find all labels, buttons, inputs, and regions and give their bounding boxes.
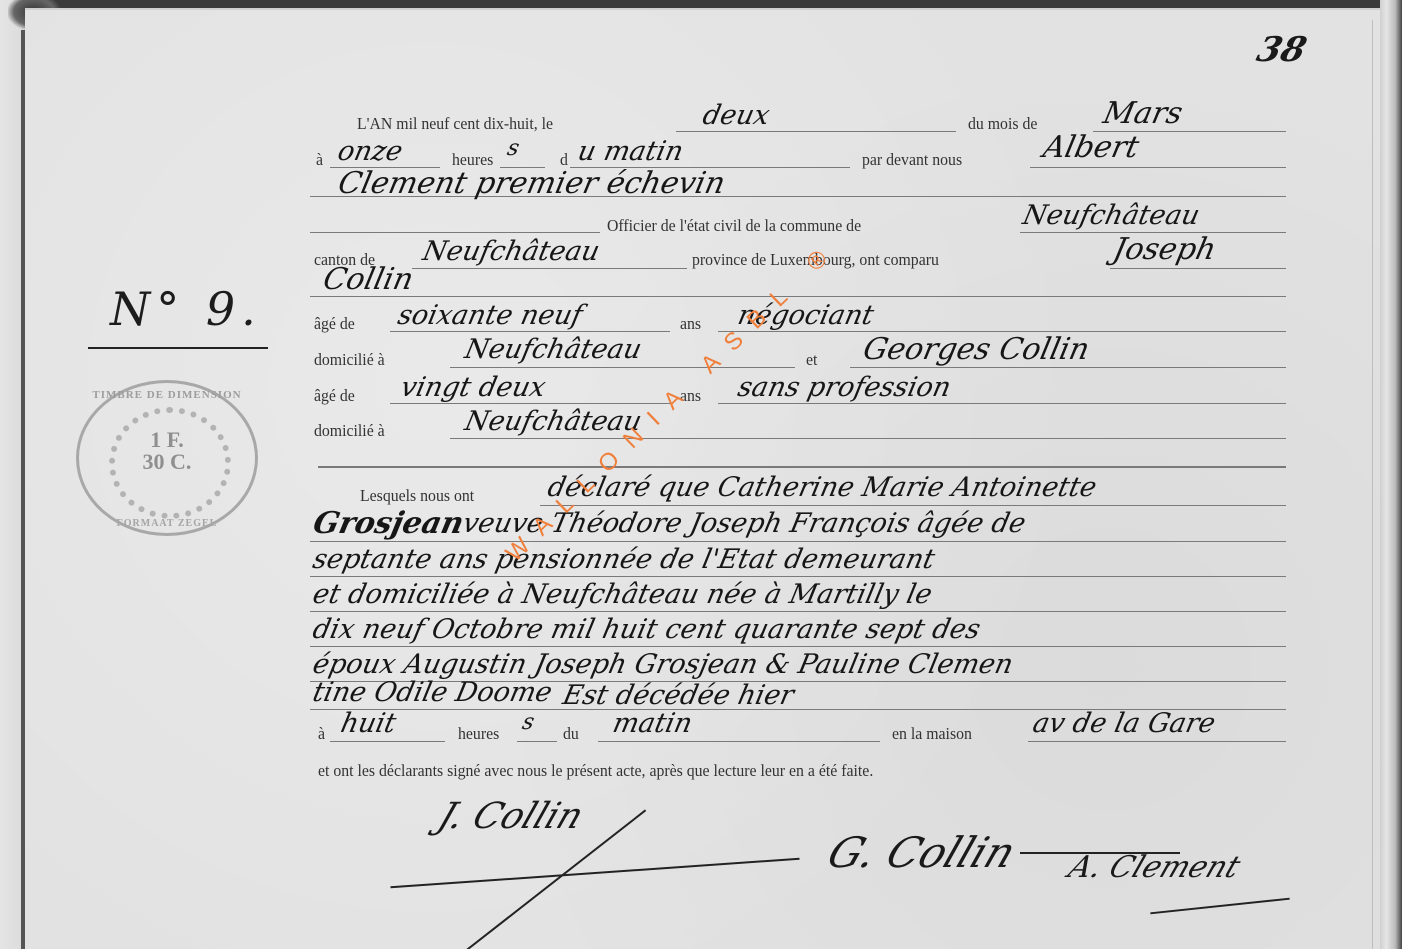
printed-month-label: du mois de [968, 114, 1037, 134]
hand-declarant2-name: Georges Collin [860, 332, 1093, 367]
hand-death-hour: huit [338, 708, 399, 739]
stamp-value-francs: 1 F. [79, 429, 255, 451]
hand-hour: onze [335, 136, 405, 167]
hand-officer-firstname: Albert [1040, 130, 1142, 165]
hand-deceased-birthplace: et domiciliée à Neufchâteau née à Martil… [310, 579, 935, 610]
blank-line [1028, 741, 1286, 742]
printed-closing-statement: et ont les déclarants signé avec nous le… [318, 761, 873, 781]
blank-line [310, 576, 1286, 577]
blank-line [390, 331, 670, 332]
blank-line [310, 646, 1286, 647]
margin-rule [1372, 20, 1373, 949]
hand-deceased-parents: époux Augustin Joseph Grosjean & Pauline… [310, 649, 1016, 680]
printed-domicile-label: domicilié à [314, 350, 385, 370]
hand-period: u matin [575, 136, 686, 167]
hand-declarant2-domicile: Neufchâteau [462, 406, 645, 437]
blank-line [1030, 167, 1286, 168]
printed-a: à [316, 150, 323, 170]
scan-top-edge [0, 0, 1402, 8]
printed-hours-label: heures [458, 724, 499, 744]
hand-deceased-age-status: septante ans pensionnée de l'Etat demeur… [310, 544, 938, 575]
hand-deceased-surname: Grosjean [310, 506, 467, 541]
blank-line [310, 232, 600, 233]
printed-year-text: L'AN mil neuf cent dix-huit, le [357, 114, 553, 134]
hand-officer-title: Clement premier échevin [335, 166, 728, 201]
hand-month: Mars [1100, 96, 1186, 131]
hand-death-period: matin [610, 708, 695, 739]
stamp-bottom-text: FORMAAT ZEGEL [79, 518, 255, 529]
blank-line [517, 741, 557, 742]
signature-g-collin: G. Collin [821, 828, 1022, 877]
blank-line [598, 741, 880, 742]
hand-declarant1-domicile: Neufchâteau [462, 334, 645, 365]
left-page-edge [0, 0, 22, 949]
blank-line [676, 131, 956, 132]
blank-line [330, 741, 445, 742]
stamp-value: 1 F. 30 C. [79, 429, 255, 473]
printed-house-label: en la maison [892, 724, 972, 744]
hand-death-statement: Est décédée hier [560, 680, 797, 711]
blank-line [1110, 268, 1286, 269]
section-divider [318, 466, 1286, 468]
hand-commune: Neufchâteau [1020, 200, 1203, 231]
hand-declarant2-occupation: sans profession [735, 372, 954, 403]
hand-deceased-birthdate: dix neuf Octobre mil huit cent quarante … [310, 614, 983, 645]
hand-declarant1-age: soixante neuf [395, 300, 585, 331]
stamp-top-text: TIMBRE DE DIMENSION [79, 389, 255, 401]
blank-line [390, 403, 670, 404]
signature-j-collin: J. Collin [433, 796, 589, 837]
printed-before-us: par devant nous [862, 150, 962, 170]
blank-line [718, 403, 1286, 404]
blank-line [310, 611, 1286, 612]
blank-line [310, 541, 1286, 542]
blank-line [850, 367, 1286, 368]
hand-canton: Neufchâteau [420, 236, 603, 267]
printed-age-label: âgé de [314, 314, 355, 334]
hand-declarant2-age: vingt deux [398, 372, 548, 403]
printed-domicile-label: domicilié à [314, 421, 385, 441]
printed-declared-label: Lesquels nous ont [360, 486, 474, 506]
record-number-underline [88, 347, 268, 349]
blank-line [540, 505, 1286, 506]
hand-declarant1-firstname: Joseph [1110, 232, 1219, 267]
printed-age-label: âgé de [314, 386, 355, 406]
hand-deceased-parents-cont: tine Odile Doome [310, 677, 555, 708]
signature-a-clement: A. Clement [1064, 850, 1245, 885]
printed-and: et [806, 350, 817, 370]
right-page-edge [1380, 0, 1402, 949]
hand-death-address: av de la Gare [1030, 708, 1218, 739]
blank-line [450, 367, 795, 368]
stamp-value-centimes: 30 C. [79, 451, 255, 473]
printed-a: à [318, 724, 325, 744]
printed-officer-label: Officier de l'état civil de la commune d… [607, 216, 861, 236]
tax-stamp: TIMBRE DE DIMENSION 1 F. 30 C. FORMAAT Z… [76, 380, 258, 536]
blank-line [450, 438, 1286, 439]
printed-du: du [563, 724, 579, 744]
hand-declarant1-surname: Collin [320, 262, 417, 297]
record-number: N° 9. [110, 282, 262, 336]
printed-years-label: ans [680, 314, 701, 334]
hand-declaration: déclaré que Catherine Marie Antoinette [545, 472, 1099, 503]
hand-day: deux [700, 100, 772, 131]
blank-line [412, 268, 687, 269]
